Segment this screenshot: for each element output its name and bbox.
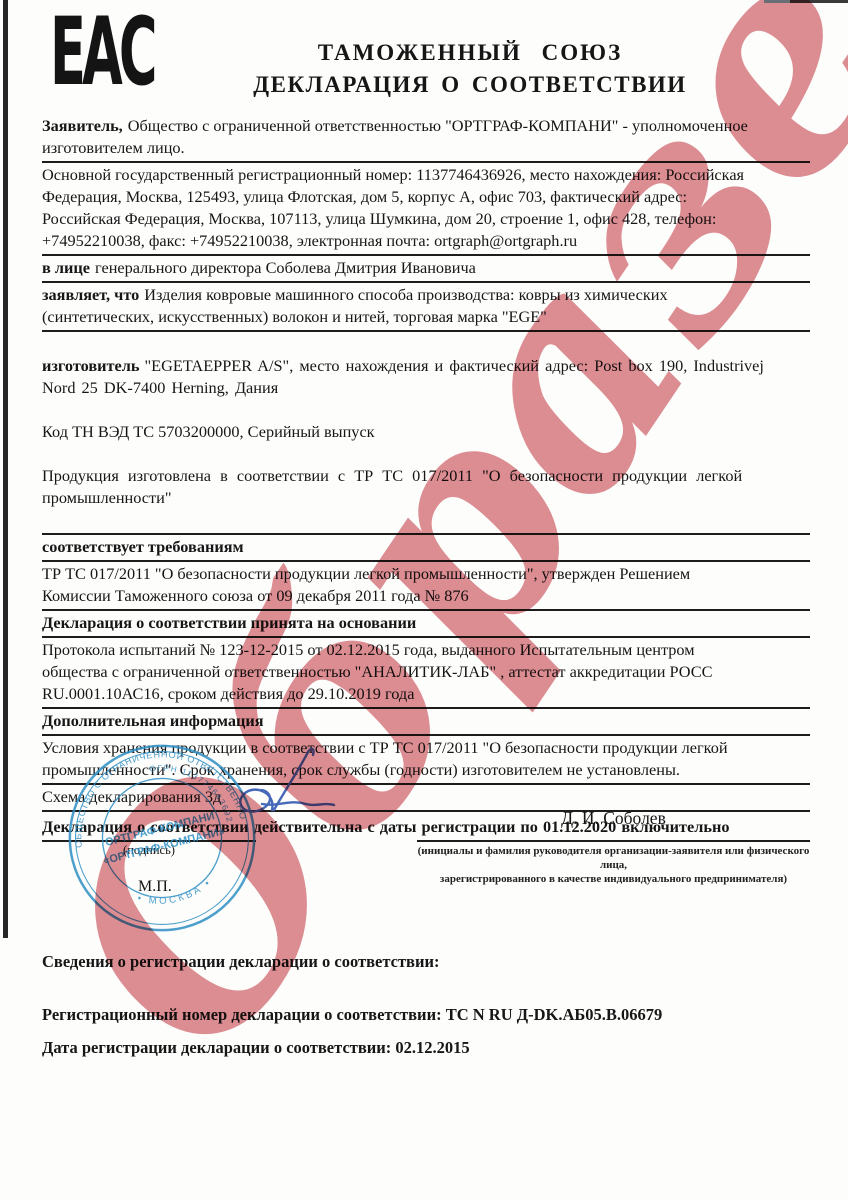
- applicant-text: Общество с ограниченной ответственностью…: [42, 116, 748, 157]
- scan-edge-top-teal: [764, 0, 790, 3]
- eac-logo: EAC: [50, 14, 154, 91]
- document-title: ТАМОЖЕННЫЙ СОЮЗ ДЕКЛАРАЦИЯ О СООТВЕТСТВИ…: [140, 40, 800, 98]
- represented-by-text: генерального директора Соболева Дмитрия …: [95, 258, 476, 277]
- technical-regulation-row: ТР ТС 017/2011 "О безопасности продукции…: [42, 562, 810, 611]
- signature-zone: ОБЩЕСТВО С ОГРАНИЧЕННОЙ ОТВЕТСТВЕННОСТЬЮ…: [42, 806, 810, 934]
- manufacturer-label: изготовитель: [42, 356, 140, 375]
- stamp-ring-text-bottom: • МОСКВА •: [134, 875, 217, 915]
- applicant-row: Заявитель,Общество с ограниченной ответс…: [42, 114, 810, 163]
- signatory-note: (инициалы и фамилия руководителя организ…: [407, 844, 820, 886]
- declaration-body: Заявитель,Общество с ограниченной ответс…: [42, 114, 810, 840]
- adopted-on-basis-heading: Декларация о соответствии принята на осн…: [42, 611, 810, 638]
- test-protocol-row: Протокола испытаний № 123-12-2015 от 02.…: [42, 638, 810, 709]
- meets-requirements-heading: соответствует требованиям: [42, 535, 810, 562]
- declaration-document: EAC ТАМОЖЕННЫЙ СОЮЗ ДЕКЛАРАЦИЯ О СООТВЕТ…: [0, 0, 848, 1200]
- title-customs-union: ТАМОЖЕННЫЙ СОЮЗ: [140, 40, 800, 66]
- ogrn-address-text: Основной государственный регистрационный…: [42, 165, 744, 250]
- represented-by-label: в лице: [42, 258, 90, 277]
- signatory-name-line: [417, 840, 810, 842]
- registration-heading: Сведения о регистрации декларации о соот…: [42, 952, 810, 972]
- declares-that-label: заявляет, что: [42, 285, 139, 304]
- signatory-name: Д. И. Соболев: [417, 808, 810, 829]
- declares-that-row: заявляет, чтоИзделия ковровые машинного …: [42, 283, 810, 332]
- scan-edge-left: [3, 0, 8, 938]
- additional-info-heading: Дополнительная информация: [42, 709, 810, 736]
- registration-info: Сведения о регистрации декларации о соот…: [42, 952, 810, 1058]
- manufacturer-text: "EGETAEPPER A/S", место нахождения и фак…: [42, 356, 764, 397]
- registration-number-line: Регистрационный номер декларации о соотв…: [42, 1005, 810, 1025]
- applicant-label: Заявитель,: [42, 116, 123, 135]
- svg-text:• МОСКВА •: • МОСКВА •: [134, 875, 217, 915]
- manufacturer-row: изготовитель"EGETAEPPER A/S", место нахо…: [42, 332, 810, 535]
- manufacturer-paragraph: изготовитель"EGETAEPPER A/S", место нахо…: [42, 355, 810, 399]
- represented-by-row: в лицегенерального директора Соболева Дм…: [42, 256, 810, 283]
- registration-date-line: Дата регистрации декларации о соответств…: [42, 1038, 810, 1058]
- handwritten-signature: [184, 744, 354, 830]
- title-declaration: ДЕКЛАРАЦИЯ О СООТВЕТСТВИИ: [140, 72, 800, 98]
- signatory-note-line2: зарегистрированного в качестве индивидуа…: [407, 872, 820, 886]
- tnved-code-paragraph: Код ТН ВЭД ТС 5703200000, Серийный выпус…: [42, 421, 810, 443]
- signatory-note-line1: (инициалы и фамилия руководителя организ…: [407, 844, 820, 872]
- production-conformity-paragraph: Продукция изготовлена в соответствии с Т…: [42, 465, 810, 509]
- ogrn-address-row: Основной государственный регистрационный…: [42, 163, 810, 256]
